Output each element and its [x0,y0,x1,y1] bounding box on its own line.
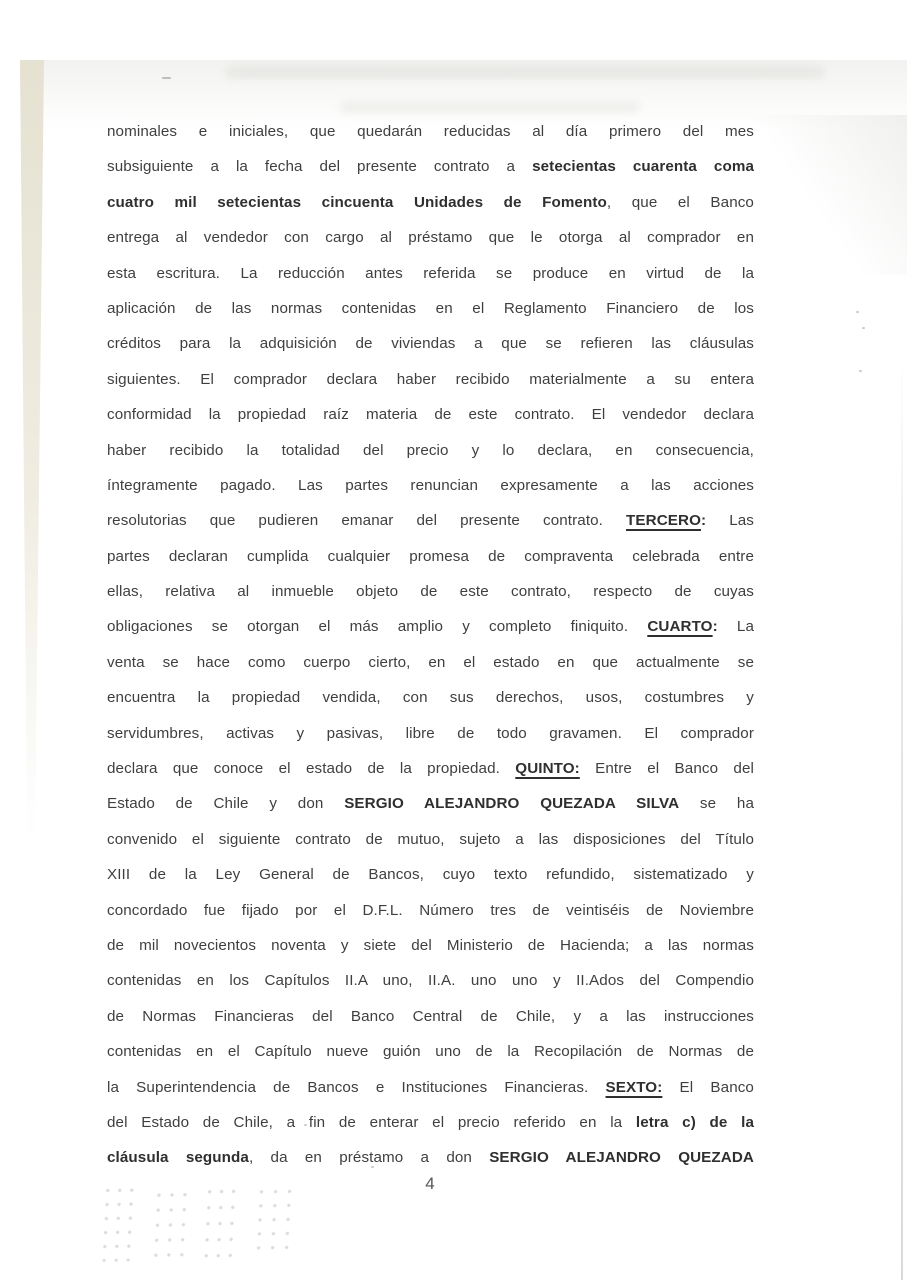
text-line: haber recibido la totalidad del precio y… [107,433,754,468]
text-line: obligaciones se otorgan el más amplio y … [107,609,754,644]
text-segment: créditos para la adquisición de vivienda… [107,335,754,352]
scan-edge-line [901,350,903,1280]
text-line: cuatro mil setecientas cincuenta Unidade… [107,185,754,220]
text-segment: de mil novecientos noventa y siete del M… [107,937,754,954]
text-line: concordado fue fijado por el D.F.L. Núme… [107,893,754,928]
text-segment: la Superintendencia de Bancos e Instituc… [107,1079,606,1096]
text-segment: contenidas en los Capítulos II.A uno, II… [107,972,754,989]
text-line: de mil novecientos noventa y siete del M… [107,928,754,963]
text-line: XIII de la Ley General de Bancos, cuyo t… [107,857,754,892]
clause-heading: TERCERO [626,512,701,529]
text-segment: cuatro mil setecientas cincuenta Unidade… [107,194,607,211]
text-segment: de Normas Financieras del Banco Central … [107,1008,754,1025]
text-segment: contenidas en el Capítulo nueve guión un… [107,1043,754,1060]
text-segment: del Estado de Chile, a fin de enterar el… [107,1114,636,1131]
corner-shade [732,115,907,275]
text-line: del Estado de Chile, a fin de enterar el… [107,1105,754,1140]
text-segment: XIII de la Ley General de Bancos, cuyo t… [107,866,754,883]
text-segment: declara que conoce el estado de la propi… [107,760,515,777]
text-segment: , que el Banco [607,194,754,211]
text-line: subsiguiente a la fecha del presente con… [107,149,754,184]
text-segment: SERGIO ALEJANDRO QUEZADA [489,1149,754,1166]
text-line: resolutorias que pudieren emanar del pre… [107,503,754,538]
text-segment: Entre el Banco del [580,760,754,777]
text-line: entrega al vendedor con cargo al préstam… [107,220,754,255]
page-edge-strip [20,60,44,840]
text-line: la Superintendencia de Bancos e Instituc… [107,1070,754,1105]
text-segment: El Banco [662,1079,754,1096]
text-segment: siguientes. El comprador declara haber r… [107,371,754,388]
scan-speck [859,370,862,372]
text-line: venta se hace como cuerpo cierto, en el … [107,645,754,680]
text-line: servidumbres, activas y pasivas, libre d… [107,716,754,751]
text-segment: nominales e iniciales, que quedarán redu… [107,123,754,140]
text-line: Estado de Chile y don SERGIO ALEJANDRO Q… [107,786,754,821]
pencil-mark [162,77,171,79]
text-segment: subsiguiente a la fecha del presente con… [107,158,532,175]
text-segment: Estado de Chile y don [107,795,344,812]
text-line: créditos para la adquisición de vivienda… [107,326,754,361]
bleed-through-smudge [225,66,825,79]
text-segment: servidumbres, activas y pasivas, libre d… [107,725,754,742]
document-body: nominales e iniciales, que quedarán redu… [107,114,754,1176]
scan-speck [371,1166,374,1168]
scan-paper: nominales e iniciales, que quedarán redu… [10,30,907,1280]
scanned-contract-page: nominales e iniciales, que quedarán redu… [0,0,907,1280]
bleed-through-smudge [340,101,640,113]
scan-speck [856,311,859,313]
text-line: nominales e iniciales, que quedarán redu… [107,114,754,149]
clause-heading: CUARTO [647,618,712,635]
text-line: aplicación de las normas contenidas en e… [107,291,754,326]
text-segment: conformidad la propiedad raíz materia de… [107,406,754,423]
text-line: íntegramente pagado. Las partes renuncia… [107,468,754,503]
text-segment: concordado fue fijado por el D.F.L. Núme… [107,902,754,919]
scan-speck [304,1124,307,1126]
clause-heading: QUINTO: [515,760,580,777]
text-line: partes declaran cumplida cualquier prome… [107,539,754,574]
text-segment: cláusula segunda [107,1149,249,1166]
text-line: ellas, relativa al inmueble objeto de es… [107,574,754,609]
dot-matrix-bleed-stamp [98,1180,295,1265]
text-segment: convenido el siguiente contrato de mutuo… [107,831,754,848]
text-line: contenidas en el Capítulo nueve guión un… [107,1034,754,1069]
text-segment: aplicación de las normas contenidas en e… [107,300,754,317]
text-line: convenido el siguiente contrato de mutuo… [107,822,754,857]
text-line: cláusula segunda, da en préstamo a don S… [107,1140,754,1175]
text-segment: esta escritura. La reducción antes refer… [107,265,754,282]
text-line: encuentra la propiedad vendida, con sus … [107,680,754,715]
text-segment: encuentra la propiedad vendida, con sus … [107,689,754,706]
text-segment: venta se hace como cuerpo cierto, en el … [107,654,754,671]
text-segment: íntegramente pagado. Las partes renuncia… [107,477,754,494]
text-segment: setecientas cuarenta coma [532,158,754,175]
text-segment: se ha [679,795,754,812]
text-segment: letra c) de la [636,1114,754,1131]
scan-speck [862,327,865,329]
text-segment: resolutorias que pudieren emanar del pre… [107,512,626,529]
text-segment: obligaciones se otorgan el más amplio y … [107,618,647,635]
text-line: contenidas en los Capítulos II.A uno, II… [107,963,754,998]
text-segment: Las [706,512,754,529]
text-segment: haber recibido la totalidad del precio y… [107,442,754,459]
text-segment: La [718,618,754,635]
text-segment: partes declaran cumplida cualquier prome… [107,548,754,565]
text-line: de Normas Financieras del Banco Central … [107,999,754,1034]
text-line: declara que conoce el estado de la propi… [107,751,754,786]
text-segment: , da en préstamo a don [249,1149,489,1166]
text-line: conformidad la propiedad raíz materia de… [107,397,754,432]
text-segment: SERGIO ALEJANDRO QUEZADA SILVA [344,795,679,812]
text-segment: entrega al vendedor con cargo al préstam… [107,229,754,246]
text-line: esta escritura. La reducción antes refer… [107,256,754,291]
text-line: siguientes. El comprador declara haber r… [107,362,754,397]
text-segment: ellas, relativa al inmueble objeto de es… [107,583,754,600]
clause-heading: SEXTO: [606,1079,663,1096]
